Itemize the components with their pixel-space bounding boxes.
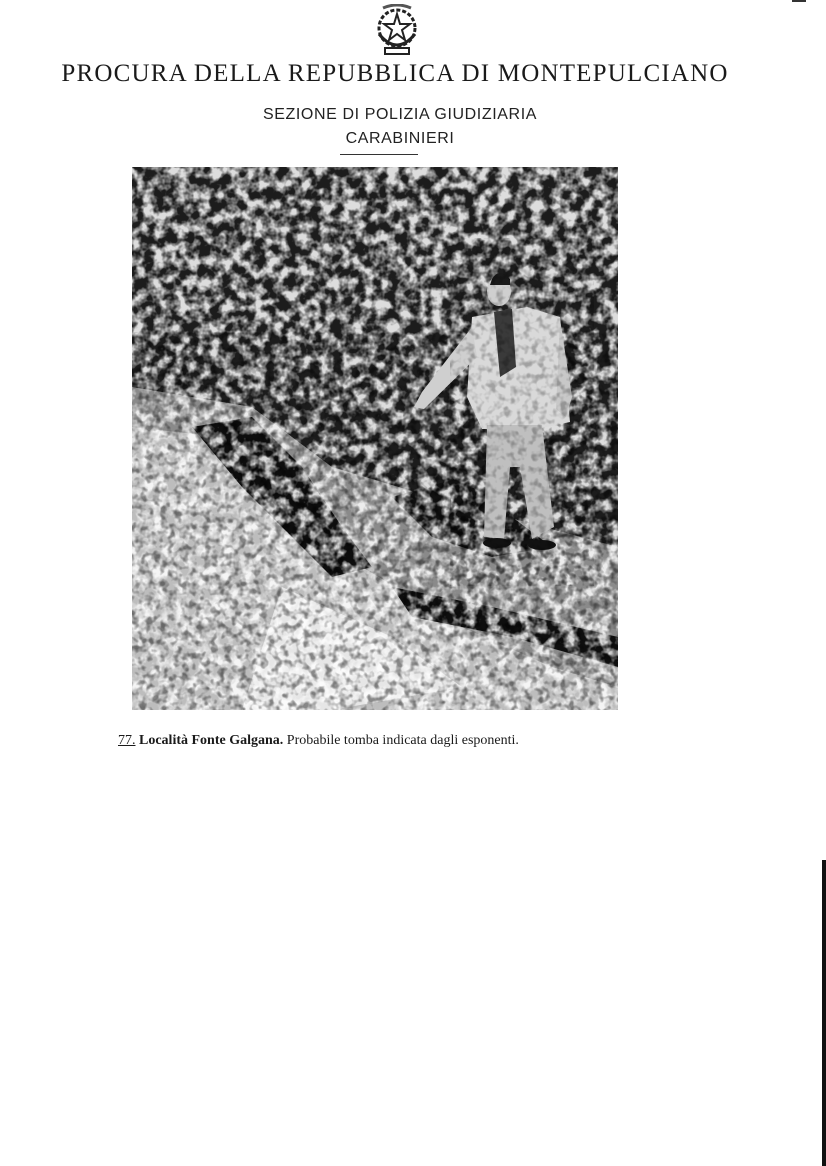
scan-mark bbox=[792, 0, 806, 2]
emblem-icon bbox=[369, 4, 425, 58]
section-name: SEZIONE DI POLIZIA GIUDIZIARIA bbox=[0, 106, 800, 124]
figure-number: 77. bbox=[118, 733, 136, 748]
header-divider bbox=[340, 154, 418, 155]
evidence-photo bbox=[132, 167, 618, 710]
figure-caption: 77. Località Fonte Galgana. Probabile to… bbox=[118, 733, 519, 749]
scan-edge bbox=[822, 860, 826, 1166]
figure-location: Località Fonte Galgana. bbox=[139, 733, 283, 748]
unit-name: CARABINIERI bbox=[0, 130, 800, 148]
figure-description: Probabile tomba indicata dagli esponenti… bbox=[287, 733, 519, 748]
page-title: PROCURA DELLA REPUBBLICA DI MONTEPULCIAN… bbox=[0, 60, 790, 88]
